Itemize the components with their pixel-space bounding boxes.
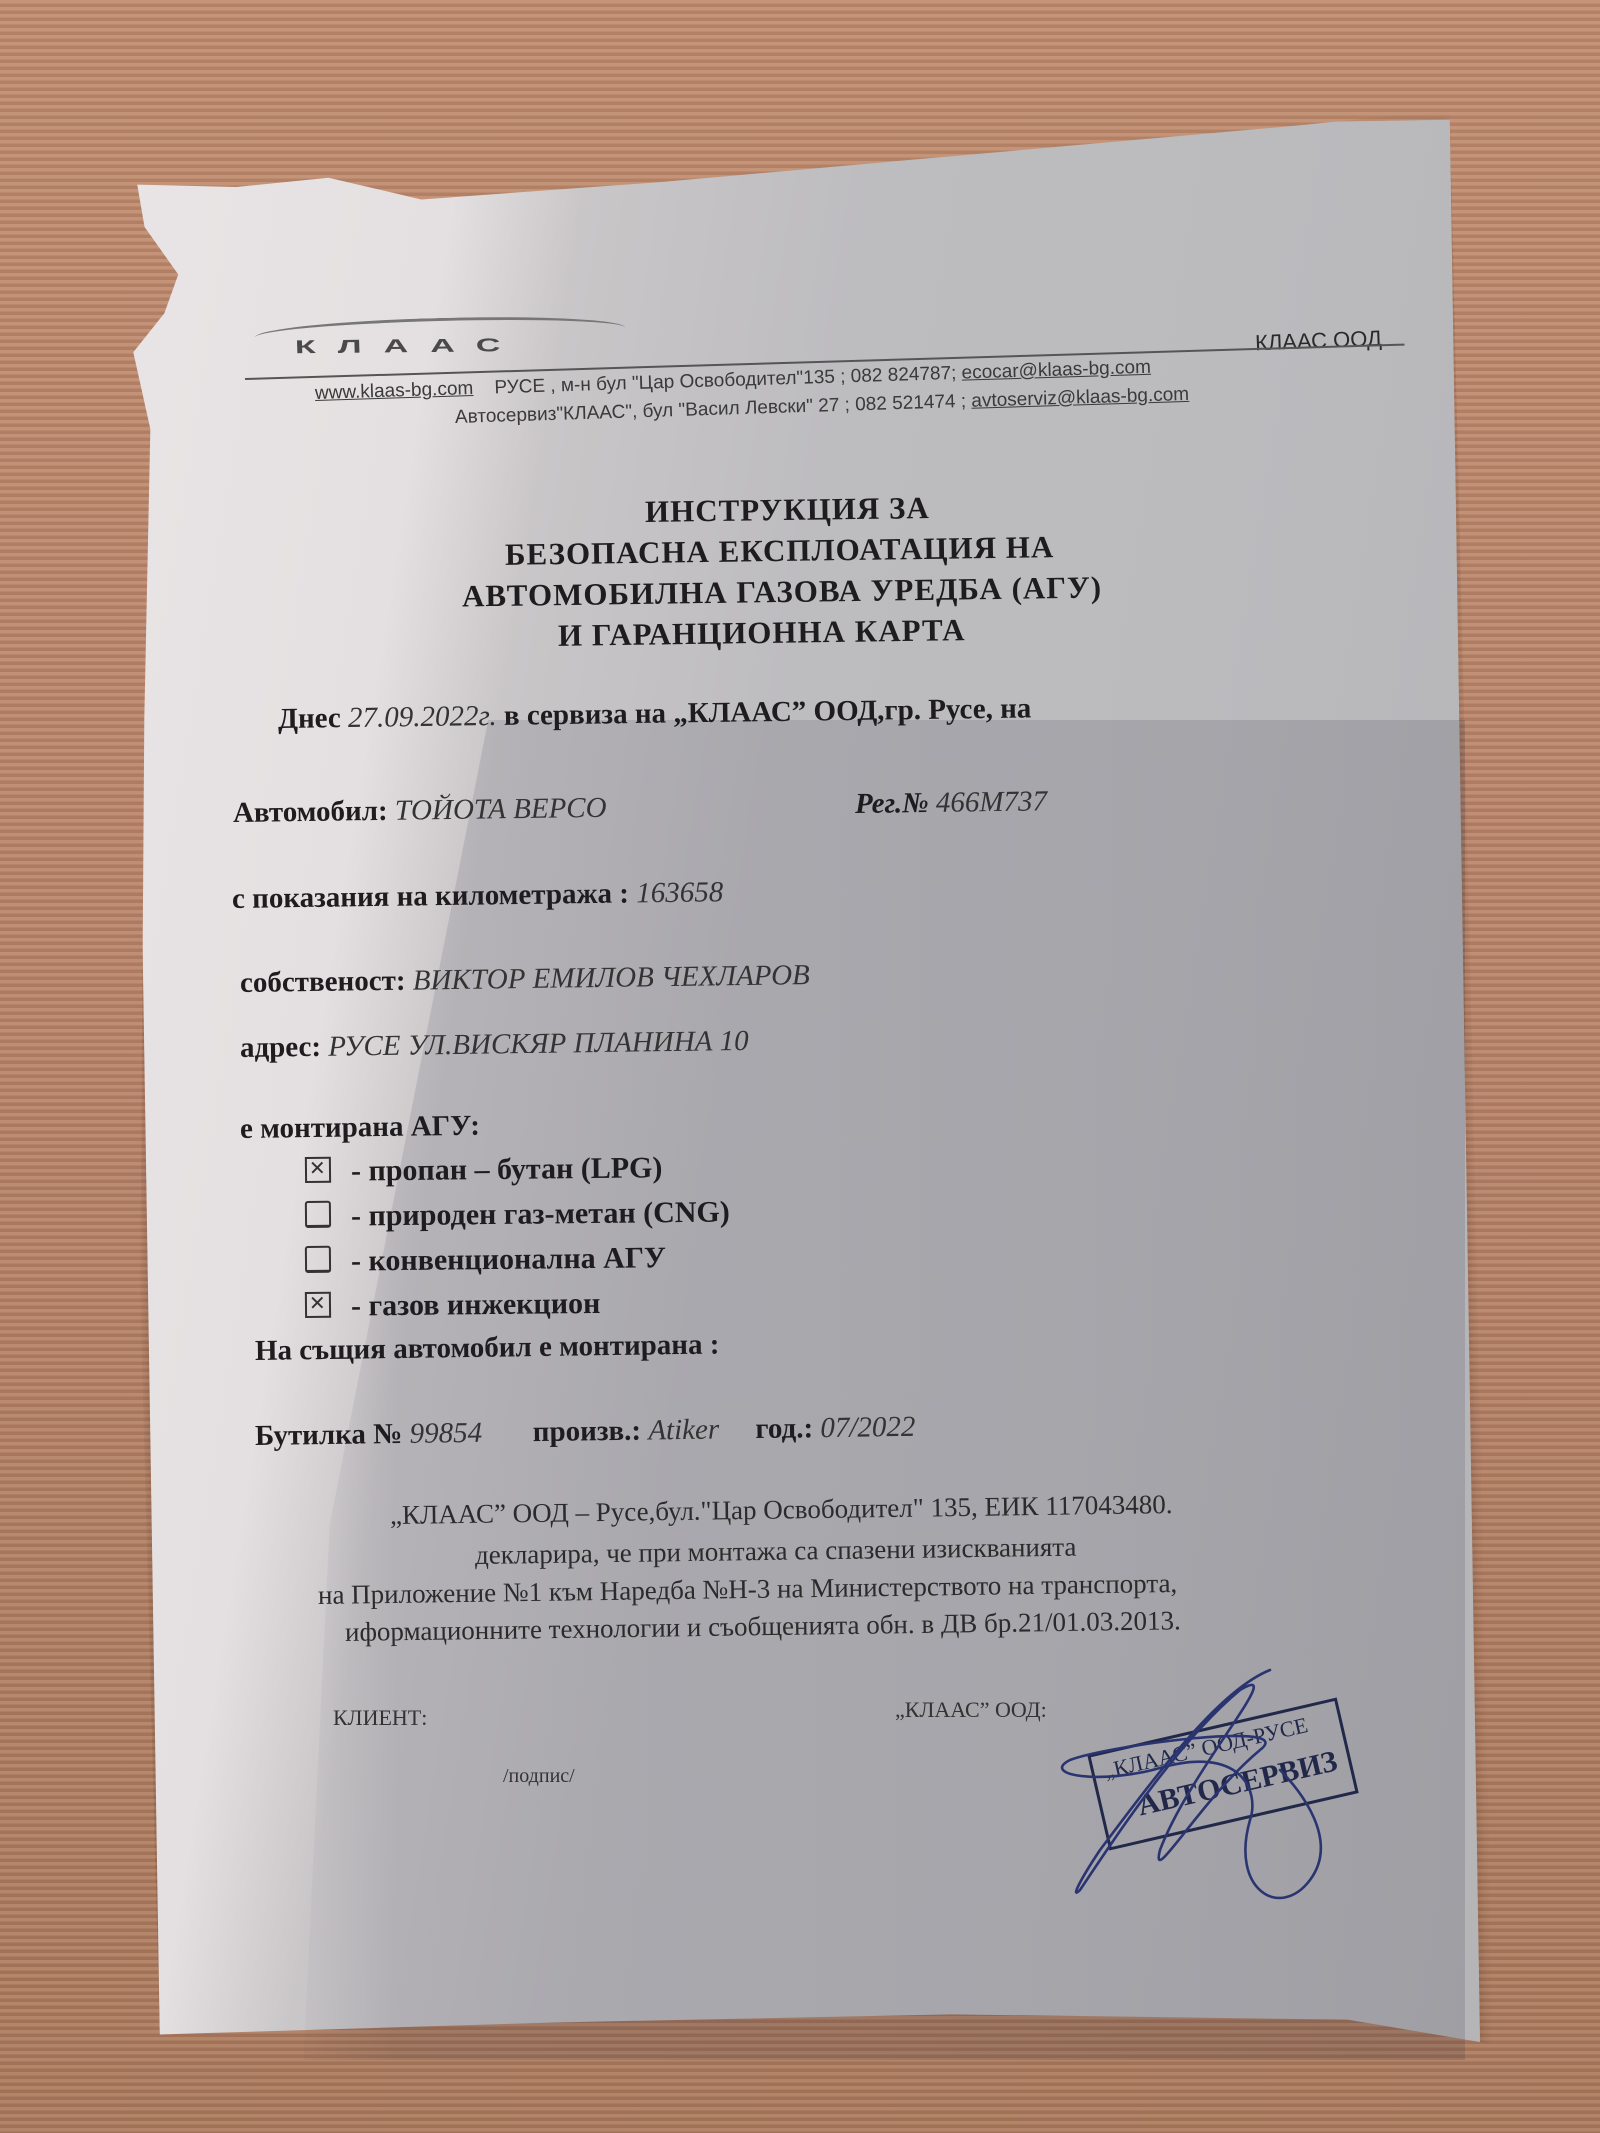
title-line-1: ИНСТРУКЦИЯ ЗА <box>645 490 930 530</box>
intro-text: в сервиза на „КЛААС” ООД,гр. Русе, на <box>496 692 1031 731</box>
car-label: Автомобил: <box>233 795 395 829</box>
company-logo: КЛААС <box>295 335 523 359</box>
company-signature-label: „КЛААС” ООД: <box>895 1697 1047 1723</box>
checkbox-empty-icon <box>305 1246 331 1273</box>
address-value: РУСЕ УЛ.ВИСКЯР ПЛАНИНА 10 <box>328 1025 749 1063</box>
car-field: Автомобил: ТОЙОТА ВЕРСО <box>233 792 607 830</box>
owner-label: собственост: <box>240 965 413 999</box>
website-link[interactable]: www.klaas-bg.com <box>315 378 474 404</box>
option-conventional: - конвенционална АГУ <box>305 1241 666 1279</box>
odometer-value: 163658 <box>636 876 723 909</box>
same-car-label: На същия автомобил е монтирана : <box>255 1329 720 1368</box>
odometer-field: с показания на километража : 163658 <box>232 876 724 916</box>
owner-value: ВИКТОР ЕМИЛОВ ЧЕХЛАРОВ <box>413 959 810 997</box>
service-date: 27.09.2022г. <box>348 700 497 734</box>
year-value: 07/2022 <box>820 1411 916 1444</box>
registration-field: Рег.№ 466М737 <box>855 785 1048 821</box>
option-lpg: - пропан – бутан (LPG) <box>305 1151 663 1189</box>
option-cng: - природен газ-метан (CNG) <box>305 1196 730 1234</box>
checkbox-empty-icon <box>305 1201 331 1228</box>
client-signature-label: КЛИЕНТ: <box>333 1705 427 1731</box>
car-value: ТОЙОТА ВЕРСО <box>395 792 607 827</box>
manufacturer-value: Atiker <box>648 1414 719 1447</box>
option-label: - природен газ-метан (CNG) <box>351 1196 730 1233</box>
intro-label: Днес <box>278 702 348 735</box>
year-label: год.: <box>755 1412 820 1445</box>
option-gas-injection: - газов инжекцион <box>305 1287 601 1324</box>
option-label: - конвенционална АГУ <box>351 1241 666 1277</box>
address-label: адрес: <box>240 1031 329 1064</box>
installation-label: е монтирана АГУ: <box>240 1110 480 1146</box>
company-name: КЛААС ООД <box>1255 326 1383 357</box>
option-label: - пропан – бутан (LPG) <box>351 1151 663 1187</box>
option-label: - газов инжекцион <box>351 1287 601 1323</box>
title-line-2: БЕЗОПАСНА ЕКСПЛОАТАЦИЯ НА <box>505 529 1055 573</box>
odometer-label: с показания на километража : <box>232 877 637 915</box>
manufacturer-label: произв.: <box>533 1415 649 1449</box>
bottle-label: Бутилка № <box>255 1418 410 1452</box>
registration-label: Рег.№ <box>855 787 936 820</box>
checkbox-checked-icon <box>305 1292 331 1318</box>
bottle-number: 99854 <box>409 1417 482 1450</box>
title-line-4: И ГАРАНЦИОННА КАРТА <box>558 612 966 654</box>
registration-value: 466М737 <box>936 785 1048 819</box>
checkbox-checked-icon <box>305 1157 331 1183</box>
signature-hint: /подпис/ <box>503 1765 575 1788</box>
